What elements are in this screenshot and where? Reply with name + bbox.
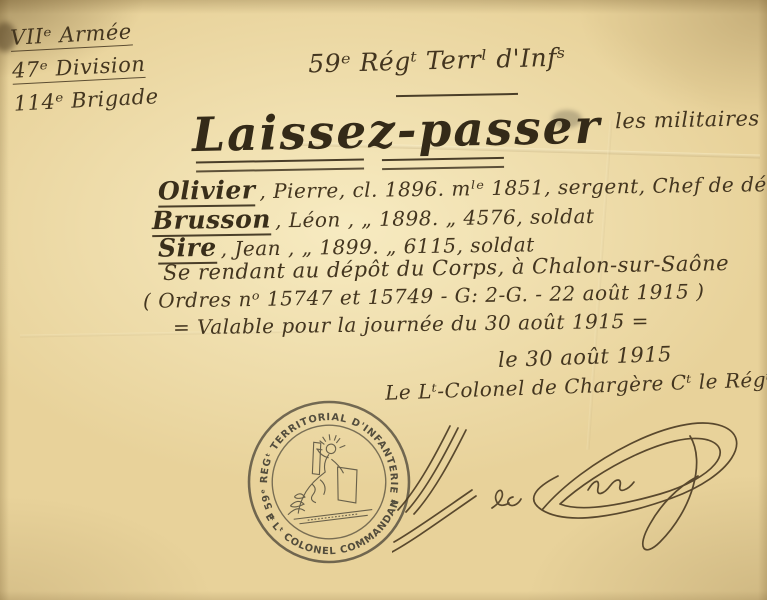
soldier-details: , Léon , „ 1898. „ 4576, soldat (275, 204, 595, 232)
soldier-details: , Pierre, cl. 1896. mˡᵉ 1851, sergent, C… (259, 171, 767, 203)
document-page: VIIᵉ Armée 47ᵉ Division 114ᵉ Brigade 59ᵉ… (0, 0, 767, 600)
date-line: le 30 août 1915 (498, 342, 673, 372)
unit-brigade-line: 114ᵉ Brigade (13, 80, 159, 121)
signature-flourish (392, 392, 764, 570)
validity-line: = Valable pour la journée du 30 août 191… (173, 309, 649, 340)
title-suffix: les militaires : (615, 106, 767, 133)
unit-brigade-text: 114ᵉ Brigade (13, 84, 159, 116)
soldier-name: Olivier (158, 175, 256, 207)
unit-block: VIIᵉ Armée 47ᵉ Division 114ᵉ Brigade (10, 14, 160, 120)
orders-line: ( Ordres nᵒ 15747 et 15749 - G: 2-G. - 2… (143, 279, 705, 313)
stamp-seated-marianne-figure (279, 430, 373, 525)
title-underline (196, 159, 364, 173)
regiment-header: 59ᵉ Régᵗ Terrˡ d'Infˢ (272, 42, 603, 80)
unit-army-text: VIIᵉ Armée (10, 19, 133, 51)
soldier-row: Olivier, Pierre, cl. 1896. mˡᵉ 1851, ser… (158, 167, 767, 205)
title-line: Laissez-passerles militaires : (191, 96, 767, 163)
regiment-underline (396, 93, 518, 97)
signature-strokes (392, 423, 737, 552)
unit-division-text: 47ᵉ Division (11, 52, 146, 85)
title-underline (382, 157, 504, 170)
page-title: Laissez-passer (191, 100, 601, 164)
